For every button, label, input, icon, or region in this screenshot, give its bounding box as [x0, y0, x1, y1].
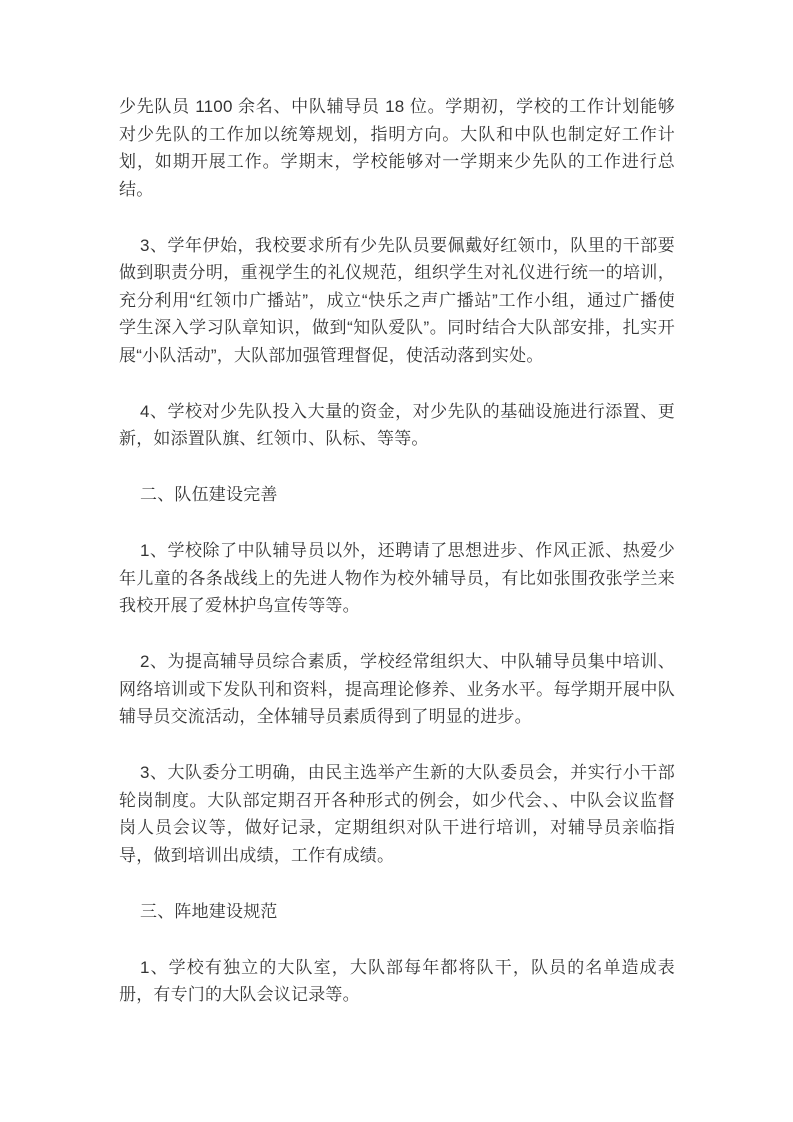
section-heading: 三、阵地建设规范	[119, 898, 675, 926]
paragraph: 1、学校除了中队辅导员以外，还聘请了思想进步、作风正派、热爱少年儿童的各条战线上…	[119, 537, 675, 620]
paragraph: 2、为提高辅导员综合素质，学校经常组织大、中队辅导员集中培训、网络培训或下发队刊…	[119, 648, 675, 731]
section-heading: 二、队伍建设完善	[119, 481, 675, 509]
paragraph: 少先队员 1100 余名、中队辅导员 18 位。学期初，学校的工作计划能够对少先…	[119, 93, 675, 203]
paragraph: 1、学校有独立的大队室，大队部每年都将队干，队员的名单造成表册，有专门的大队会议…	[119, 954, 675, 1009]
paragraph: 3、大队委分工明确，由民主选举产生新的大队委员会，并实行小干部轮岗制度。大队部定…	[119, 759, 675, 869]
document-page: 少先队员 1100 余名、中队辅导员 18 位。学期初，学校的工作计划能够对少先…	[0, 0, 793, 1122]
document-body: 少先队员 1100 余名、中队辅导员 18 位。学期初，学校的工作计划能够对少先…	[119, 93, 675, 1009]
paragraph: 3、学年伊始，我校要求所有少先队员要佩戴好红领巾，队里的干部要做到职责分明，重视…	[119, 232, 675, 370]
paragraph: 4、学校对少先队投入大量的资金，对少先队的基础设施进行添置、更新，如添置队旗、红…	[119, 398, 675, 453]
